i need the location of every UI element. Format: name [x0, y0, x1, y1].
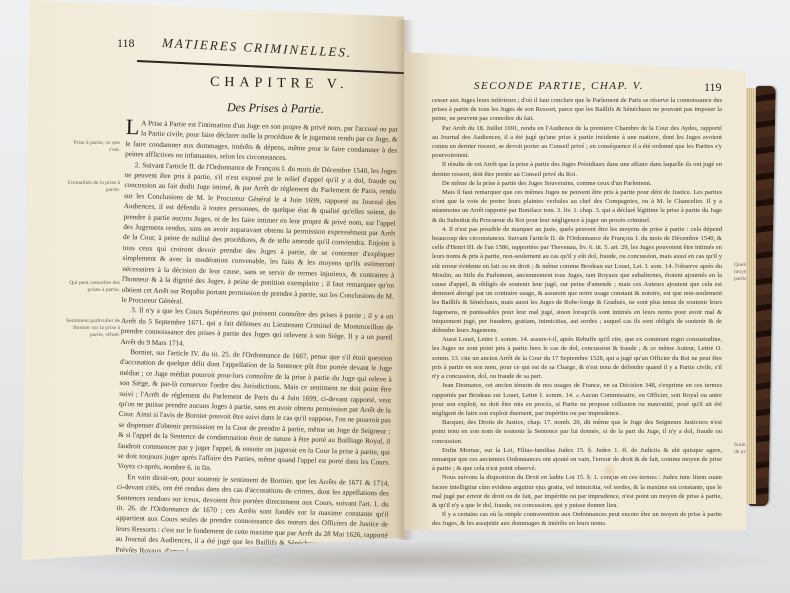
- margin-note: Quels sont les moyens de prise à partie.: [734, 262, 746, 283]
- left-running-header: MATIERES CRIMINELLES.: [162, 35, 353, 61]
- margin-note: Suite des moyens de prise à partie.: [734, 442, 746, 456]
- paragraph: Nous suivons la disposition du Droit en …: [432, 473, 722, 510]
- paragraph: 3. Il n'y a que les Cours Supérieures qu…: [120, 305, 393, 353]
- margin-note: Prise à partie, ce que c'est.: [64, 140, 120, 154]
- paragraph: Bacquet, des Droits de Justice, chap. 17…: [432, 418, 722, 446]
- right-page: SECONDE PARTIE, CHAP. V. 119 cesser aux …: [404, 52, 746, 530]
- margin-note: Sentiment particulier de Bornier sur la …: [64, 318, 120, 339]
- header-rule: [137, 60, 404, 74]
- photo-scene: 118 MATIERES CRIMINELLES. CHAPITRE V. De…: [0, 0, 790, 593]
- paragraph: 4. Il n'est pas possible de marquer au j…: [432, 225, 722, 335]
- right-body-text: cesser aux Juges leurs inférieurs ; d'où…: [432, 96, 722, 529]
- left-body-text: LA Prise à Partie est l'intimation d'un …: [115, 118, 398, 560]
- margin-note: Formalités de la prise à partie.: [64, 180, 120, 194]
- paragraph: De même de la prise à partie des Juges S…: [432, 179, 722, 188]
- paragraph: Enfin Mornac, sur la Loi, Filius-familia…: [432, 446, 722, 474]
- paragraph: Aussi Louet, Lettre I. somm. 14. assure-…: [432, 335, 722, 381]
- paragraph: Il y a certains cas où la simple contrav…: [432, 510, 722, 528]
- paragraph: Jean Desmares, cet ancien témoin de nos …: [432, 381, 722, 418]
- paragraph: Bornier, sur l'article IV. du tit. 25. d…: [117, 347, 392, 478]
- paper-stain: [600, 464, 618, 478]
- paragraph: Il résulte de cet Arrêt que la prise à p…: [432, 160, 722, 178]
- margin-note: Qui peut connoître des prises à partie.: [64, 280, 120, 294]
- paragraph: LA Prise à Partie est l'intimation d'un …: [125, 118, 398, 166]
- right-page-number: 119: [704, 80, 722, 95]
- drop-cap: L: [126, 118, 140, 136]
- left-page: 118 MATIERES CRIMINELLES. CHAPITRE V. De…: [22, 0, 404, 560]
- paragraph: Par Arrêt du 18. Juillet 1691, rendu en …: [432, 124, 722, 161]
- left-page-number: 118: [117, 36, 135, 51]
- right-running-header: SECONDE PARTIE, CHAP. V.: [474, 80, 644, 92]
- paragraph: cesser aux Juges leurs inférieurs ; d'où…: [432, 96, 722, 124]
- paragraph: Mais il faut remarquer que ces mêmes Jug…: [432, 188, 722, 225]
- chapter-subtitle: Des Prises à Partie.: [227, 100, 324, 117]
- paragraph: 2. Suivant l'article II. de l'Ordonnance…: [121, 160, 396, 312]
- chapter-title: CHAPITRE V.: [210, 75, 349, 93]
